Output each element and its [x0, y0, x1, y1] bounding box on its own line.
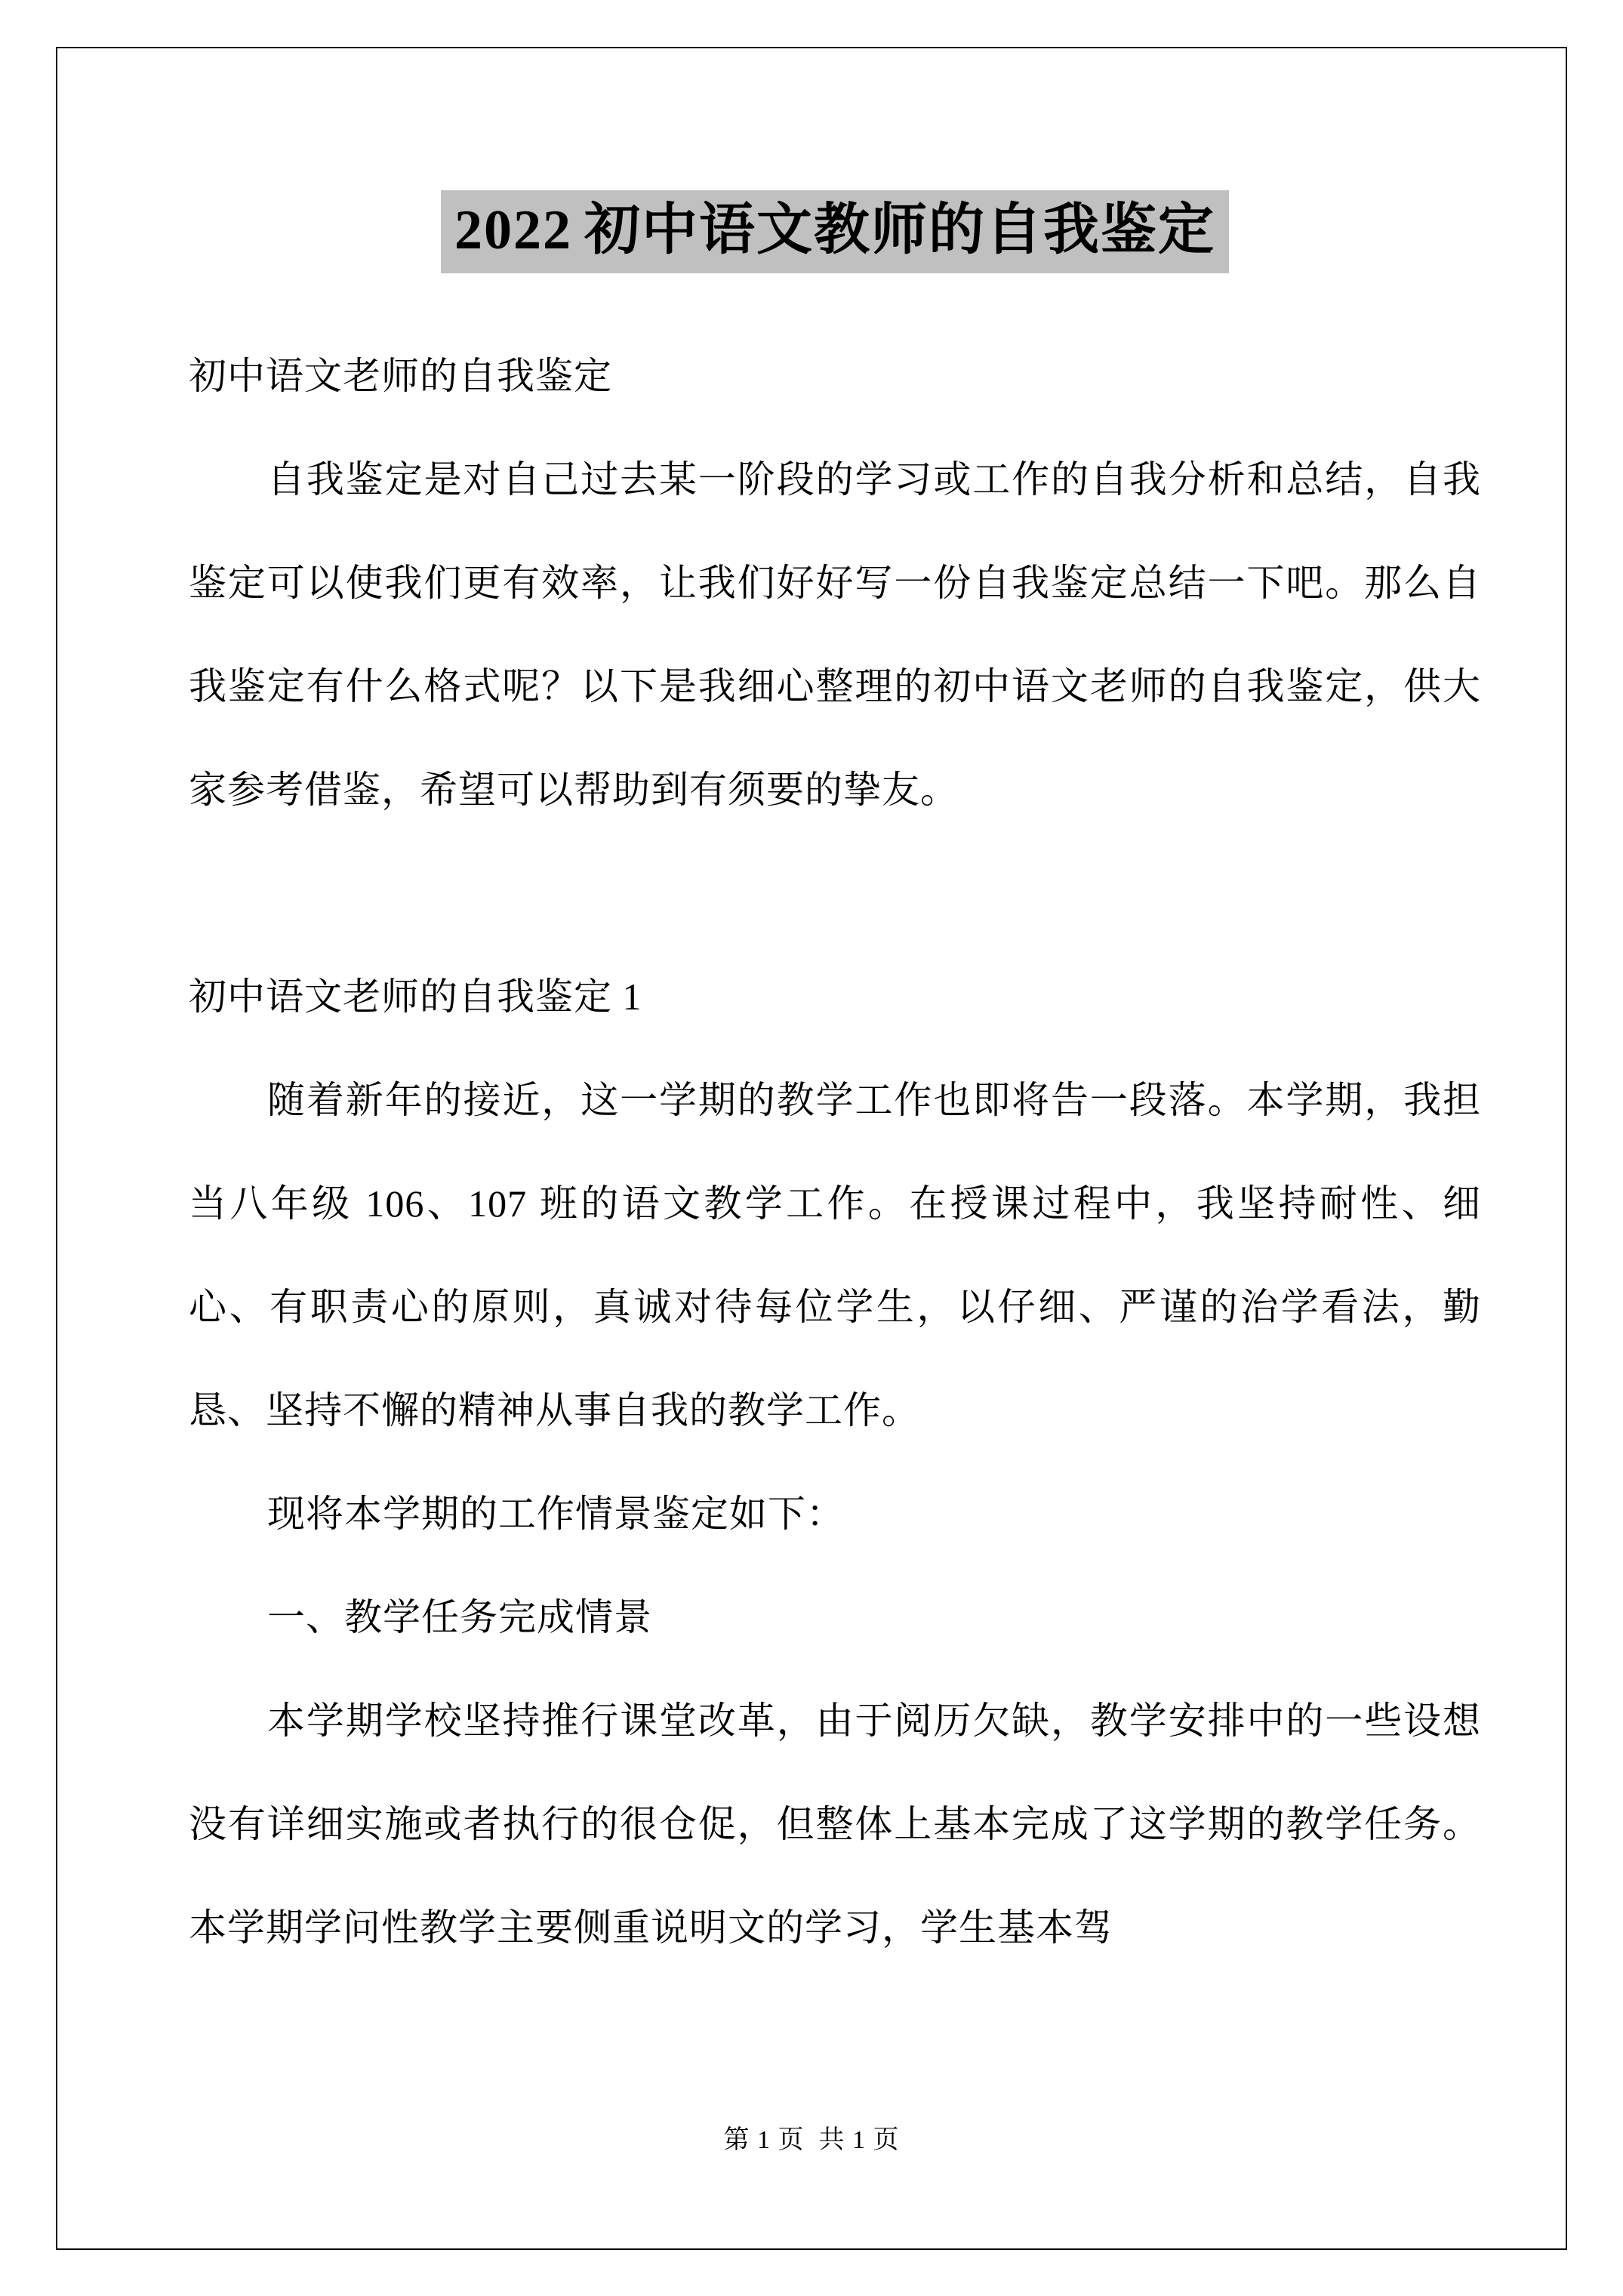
document-title: 2022初中语文教师的自我鉴定: [189, 190, 1481, 273]
paragraph-blank: [189, 842, 1481, 945]
title-highlight: 2022初中语文教师的自我鉴定: [441, 190, 1229, 273]
paragraph-body-1: 随着新年的接近，这一学期的教学工作也即将告一段落。本学期，我担当八年级 106、…: [189, 1049, 1481, 1462]
paragraph-intro-label: 初中语文老师的自我鉴定: [189, 325, 1481, 428]
document-content: 2022初中语文教师的自我鉴定 初中语文老师的自我鉴定 自我鉴定是对自己过去某一…: [189, 190, 1481, 1980]
paragraph-section-heading: 初中语文老师的自我鉴定 1: [189, 945, 1481, 1049]
page-number-footer: 第 1 页 共 1 页: [0, 2119, 1623, 2156]
paragraph-body-3: 本学期学校坚持推行课堂改革，由于阅历欠缺，教学安排中的一些设想没有详细实施或者执…: [189, 1669, 1481, 1980]
title-year: 2022: [454, 199, 572, 261]
paragraph-intro: 自我鉴定是对自己过去某一阶段的学习或工作的自我分析和总结，自我鉴定可以使我们更有…: [189, 428, 1481, 842]
paragraph-list-heading: 一、教学任务完成情景: [189, 1566, 1481, 1669]
paragraph-body-2: 现将本学期的工作情景鉴定如下：: [189, 1462, 1481, 1566]
title-text: 初中语文教师的自我鉴定: [584, 199, 1215, 261]
